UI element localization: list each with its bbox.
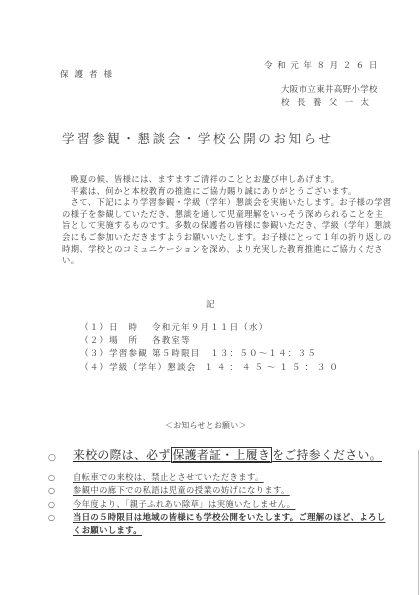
notice-text: 今年度より、「親子ふれあい除草」は実施いたしません。 xyxy=(73,498,295,511)
greeting-paragraph: 晩夏の候、皆様には、ますますご清祥のこととお慶び申しあげます。 xyxy=(62,174,392,186)
thanks-paragraph: 平素は、何かと本校教育の推進にご協力賜り誠にありがとうございます。 xyxy=(62,186,392,198)
sender-block: 大阪市立東井高野小学校 校長養父一太 xyxy=(281,84,378,110)
notice-item: ○ 今年度より、「親子ふれあい除草」は実施いたしません。 xyxy=(48,498,388,511)
principal-name: 校長養父一太 xyxy=(281,97,378,110)
issue-date: 令和元年８月２６日 xyxy=(264,59,382,71)
detail-value: 第５時限目 １３：５０〜１４：３５ xyxy=(152,348,317,361)
detail-row-place: （２）場 所 各教室等 xyxy=(80,335,342,348)
circle-bullet-icon: ○ xyxy=(48,484,73,497)
detail-value: 各教室等 xyxy=(152,335,191,348)
scan-edge-line xyxy=(418,450,419,595)
detail-label: （４）学級（学年）懇談会 xyxy=(80,362,196,375)
notice-item: ○ 当日の５時限目は地域の皆様にも学校公開をいたします。ご理解のほど、よろしくお… xyxy=(48,511,388,538)
addressee: 保護者様 xyxy=(60,68,118,80)
detail-label: （１）日 時 xyxy=(80,322,152,335)
purpose-paragraph: さて、下記により学習参観・学級（学年）懇談会を実施いたします。お子様の学習の様子… xyxy=(62,197,392,267)
detail-label: （３）学習参観 xyxy=(80,348,152,361)
circle-bullet-icon: ○ xyxy=(48,511,73,524)
boxed-emphasis: 保護者証・上履き xyxy=(171,447,273,463)
notice-text-before: 来校の際は、必ず xyxy=(73,448,171,462)
detail-row-datetime: （１）日 時 令和元年９月１１日（水） xyxy=(80,322,342,335)
notice-item-main: ○ 来校の際は、必ず保護者証・上履きをご持参ください。 xyxy=(48,447,388,467)
notice-text: 当日の５時限目は地域の皆様にも学校公開をいたします。ご理解のほど、よろしくお願い… xyxy=(73,511,388,538)
circle-bullet-icon: ○ xyxy=(48,498,73,511)
detail-value: １４：４５〜１５：３０ xyxy=(204,362,342,375)
notices-list: ○ 来校の際は、必ず保護者証・上履きをご持参ください。 ○ 自転車での来校は、禁… xyxy=(48,447,388,537)
notice-text: 来校の際は、必ず保護者証・上履きをご持参ください。 xyxy=(73,447,382,464)
notice-item: ○ 参観中の廊下での私語は児童の授業の妨げになります。 xyxy=(48,484,388,497)
notices-heading: ＜お知らせとお願い＞ xyxy=(165,420,247,431)
circle-bullet-icon: ○ xyxy=(48,471,73,484)
letter-body: 晩夏の候、皆様には、ますますご清祥のこととお慶び申しあげます。 平素は、何かと本… xyxy=(62,174,392,267)
notice-document-page: 令和元年８月２６日 保護者様 大阪市立東井高野小学校 校長養父一太 学習参観・懇… xyxy=(0,0,420,595)
notice-text: 参観中の廊下での私語は児童の授業の妨げになります。 xyxy=(73,484,290,497)
document-title: 学習参観・懇談会・学校公開のお知らせ xyxy=(62,129,333,147)
notice-item: ○ 自転車での来校は、禁止とさせていただきます。 xyxy=(48,471,388,484)
event-details: （１）日 時 令和元年９月１１日（水） （２）場 所 各教室等 （３）学習参観 … xyxy=(80,322,342,375)
notice-text: 自転車での来校は、禁止とさせていただきます。 xyxy=(73,471,264,484)
notice-text-after: をご持参ください。 xyxy=(272,448,382,462)
detail-value: 令和元年９月１１日（水） xyxy=(152,322,268,335)
circle-bullet-icon: ○ xyxy=(48,447,73,467)
detail-row-meeting: （４）学級（学年）懇談会 １４：４５〜１５：３０ xyxy=(80,362,342,375)
school-name: 大阪市立東井高野小学校 xyxy=(281,84,378,97)
ki-heading: 記 xyxy=(206,298,215,310)
detail-label: （２）場 所 xyxy=(80,335,152,348)
detail-row-observation: （３）学習参観 第５時限目 １３：５０〜１４：３５ xyxy=(80,348,342,361)
